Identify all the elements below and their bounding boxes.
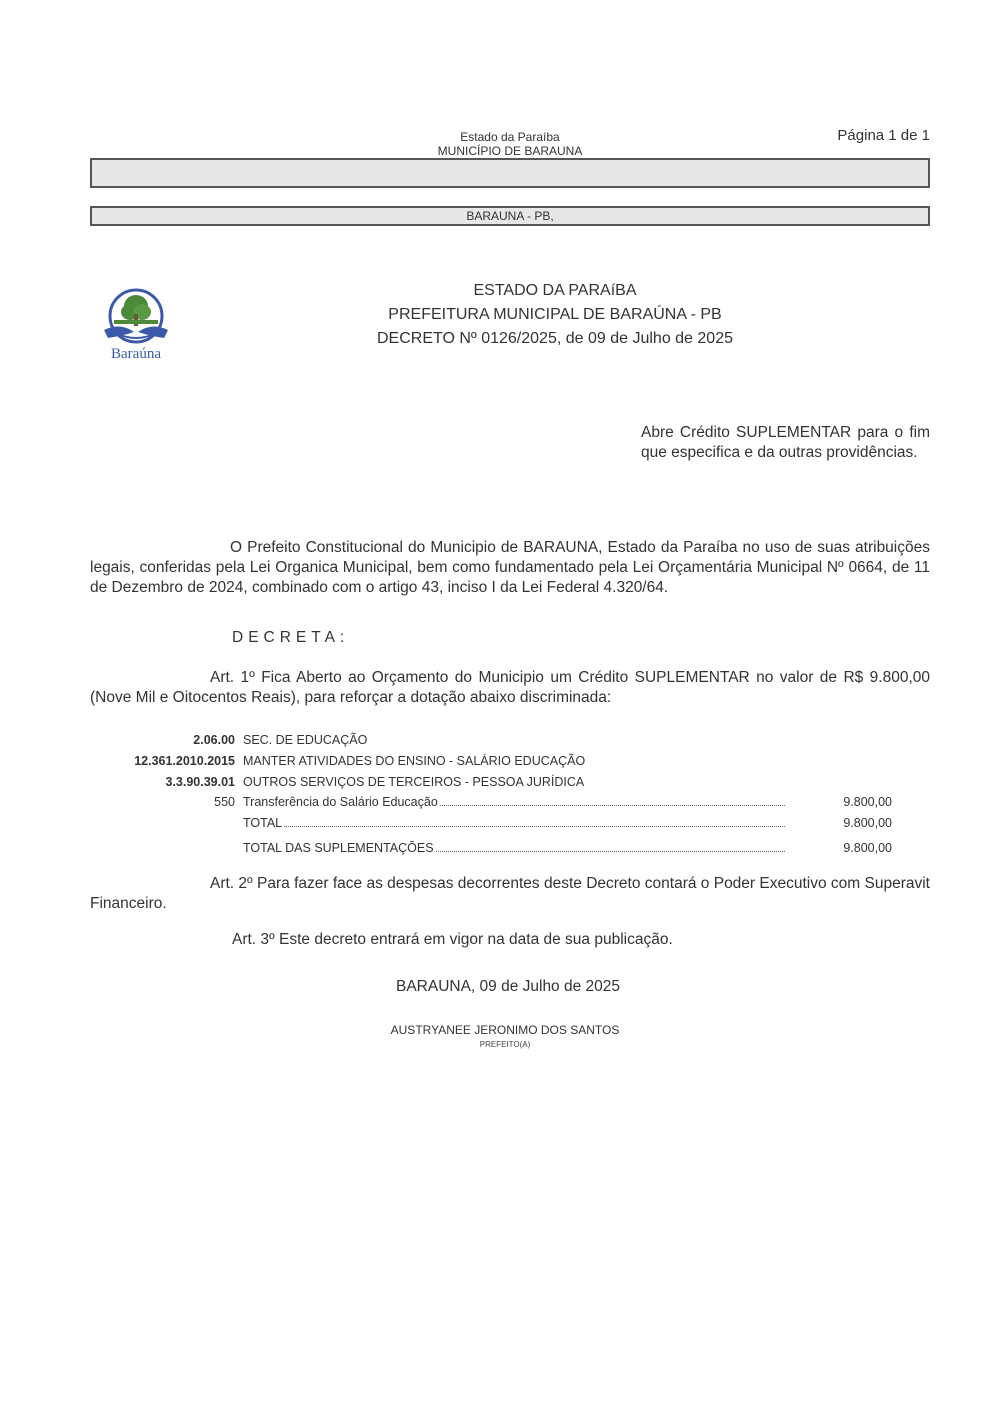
header-band-empty — [90, 158, 930, 188]
budget-description: SEC. DE EDUCAÇÃO — [243, 733, 367, 747]
logo-text: Baraúna — [96, 346, 176, 363]
budget-row: 2.06.00 SEC. DE EDUCAÇÃO — [0, 733, 1000, 751]
article-1: Art. 1º Fica Aberto ao Orçamento do Muni… — [90, 668, 930, 708]
article-3: Art. 3º Este decreto entrará em vigor na… — [232, 931, 673, 949]
header-band-location: BARAUNA - PB, — [90, 206, 930, 226]
intro-paragraph: O Prefeito Constitucional do Municipio d… — [90, 538, 930, 598]
budget-grand-total-row: TOTAL DAS SUPLEMENTAÇÕES 9.800,00 — [0, 841, 1000, 859]
place-date: BARAUNA, 09 de Julho de 2025 — [0, 978, 1000, 996]
grand-total-value: 9.800,00 — [843, 841, 892, 855]
budget-description: OUTROS SERVIÇOS DE TERCEIROS - PESSOA JU… — [243, 775, 584, 789]
grand-total-label: TOTAL DAS SUPLEMENTAÇÕES — [243, 841, 436, 855]
budget-source-row: 550 Transferência do Salário Educação 9.… — [0, 795, 1000, 813]
title-prefeitura: PREFEITURA MUNICIPAL DE BARAÚNA - PB — [0, 306, 1000, 324]
article-2: Art. 2º Para fazer face as despesas deco… — [90, 874, 930, 914]
header-municipality: MUNICÍPIO DE BARAUNA — [0, 144, 1000, 158]
title-state: ESTADO DA PARAíBA — [0, 282, 1000, 300]
signer-name: AUSTRYANEE JERONIMO DOS SANTOS — [0, 1023, 1000, 1037]
budget-code: 12.361.2010.2015 — [0, 754, 235, 768]
total-label: TOTAL — [243, 816, 284, 830]
budget-code: 2.06.00 — [0, 733, 235, 747]
total-value: 9.800,00 — [843, 816, 892, 830]
signer-role: PREFEITO(A) — [0, 1040, 1000, 1049]
decreta-heading: DECRETA: — [232, 629, 349, 647]
budget-description: MANTER ATIVIDADES DO ENSINO - SALÁRIO ED… — [243, 754, 585, 768]
budget-total-row: TOTAL 9.800,00 — [0, 816, 1000, 834]
budget-row: 3.3.90.39.01 OUTROS SERVIÇOS DE TERCEIRO… — [0, 775, 1000, 793]
source-label: Transferência do Salário Educação — [243, 795, 440, 809]
title-decree: DECRETO Nº 0126/2025, de 09 de Julho de … — [0, 330, 1000, 348]
source-value: 9.800,00 — [843, 795, 892, 809]
page-number: Página 1 de 1 — [837, 127, 930, 144]
ementa: Abre Crédito SUPLEMENTAR para o fim que … — [641, 423, 930, 463]
budget-code: 3.3.90.39.01 — [0, 775, 235, 789]
budget-row: 12.361.2010.2015 MANTER ATIVIDADES DO EN… — [0, 754, 1000, 772]
source-code: 550 — [0, 795, 235, 809]
